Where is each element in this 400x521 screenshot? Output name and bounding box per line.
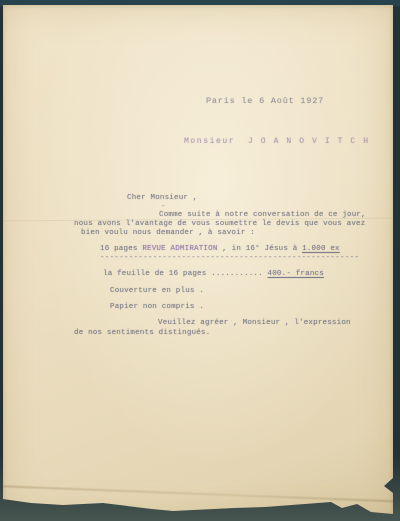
quote-item-title: REVUE ADMIRATION — [142, 245, 217, 253]
quote-item-line: 16 pages REVUE ADMIRATION , in 16° Jésus… — [100, 245, 340, 254]
note-cover: Couverture en plus . — [110, 287, 204, 296]
body-line-1: Comme suite à notre conversation de ce j… — [159, 211, 366, 220]
quote-separator: ----------------------------------------… — [100, 254, 359, 263]
body-line-3: bien voulu nous demander , à savoir : — [81, 229, 255, 238]
scanned-letter-photo: Paris le 6 Août 1927 Monsieur J O A N O … — [0, 0, 400, 521]
closing-line-2: de nos sentiments distingués. — [74, 329, 210, 338]
closing-line-1: Veuillez agréer , Monsieur , l'expressio… — [158, 319, 351, 328]
quote-item-prefix: 16 pages — [100, 245, 142, 253]
recipient-line: Monsieur J O A N O V I T C H — [184, 137, 370, 146]
price-value: 400.- francs — [268, 270, 324, 278]
letter-content: Paris le 6 Août 1927 Monsieur J O A N O … — [0, 0, 400, 521]
note-paper: Papier non compris . — [110, 303, 204, 312]
date-line: Paris le 6 Août 1927 — [206, 97, 324, 106]
salutation: Cher Monsieur , — [127, 194, 198, 203]
quote-item-middle: , in 16° Jésus à — [218, 245, 303, 253]
quote-item-quantity: 1.000 ex — [302, 245, 340, 253]
body-line-2: nous avons l'avantage de vous soumettre … — [74, 220, 365, 229]
price-label: la feuille de 16 pages ........... — [103, 270, 268, 278]
price-line: la feuille de 16 pages ........... 400.-… — [103, 270, 324, 279]
